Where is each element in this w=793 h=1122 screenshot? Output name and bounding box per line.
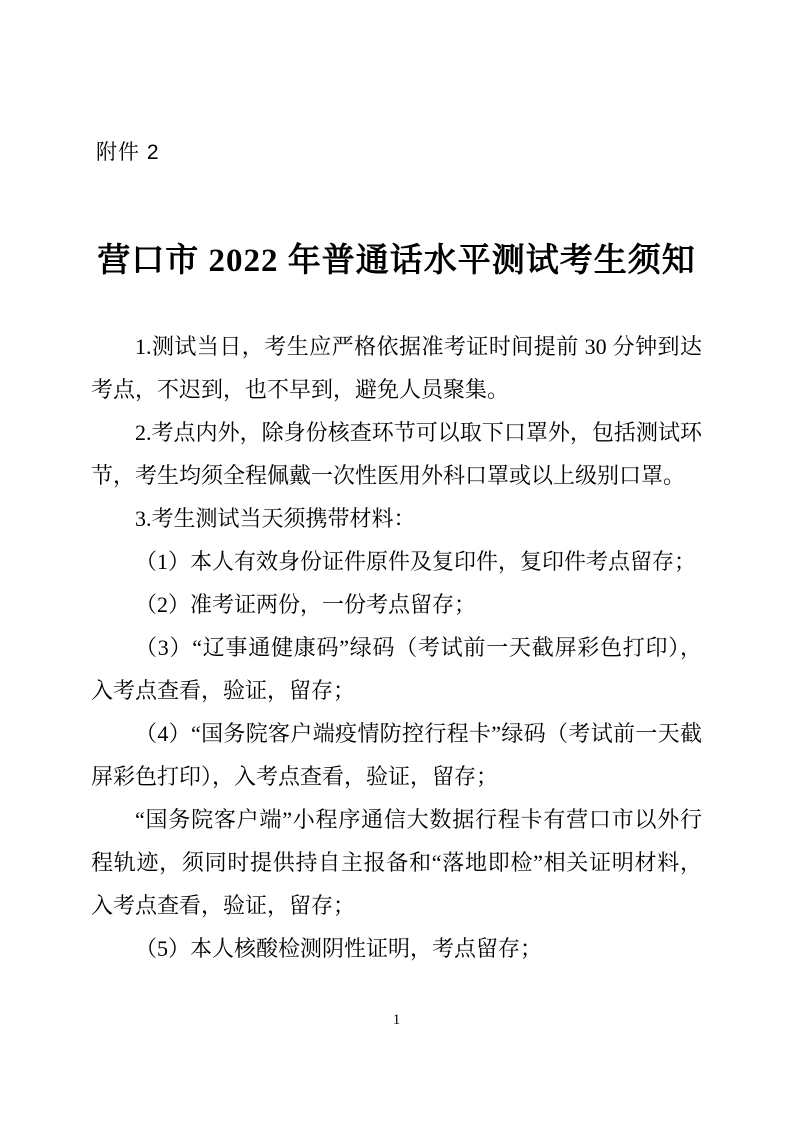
body-paragraph: 1.测试当日，考生应严格依据准考证时间提前 30 分钟到达考点，不迟到，也不早到… [91, 325, 702, 411]
body-paragraph: （1）本人有效身份证件原件及复印件，复印件考点留存； [91, 540, 702, 583]
body-paragraph: 3.考生测试当天须携带材料： [91, 497, 702, 540]
attachment-label: 附件 2 [96, 136, 160, 166]
body-paragraph: （3）“辽事通健康码”绿码（考试前一天截屏彩色打印），入考点查看，验证，留存； [91, 626, 702, 712]
body-paragraph: “国务院客户端”小程序通信大数据行程卡有营口市以外行程轨迹，须同时提供持自主报备… [91, 798, 702, 927]
body-paragraph: （4）“国务院客户端疫情防控行程卡”绿码（考试前一天截屏彩色打印），入考点查看，… [91, 712, 702, 798]
body-paragraph: （2）准考证两份，一份考点留存； [91, 583, 702, 626]
document-body: 1.测试当日，考生应严格依据准考证时间提前 30 分钟到达考点，不迟到，也不早到… [91, 325, 702, 970]
document-title: 营口市 2022 年普通话水平测试考生须知 [0, 234, 793, 281]
body-paragraph: 2.考点内外，除身份核查环节可以取下口罩外，包括测试环节，考生均须全程佩戴一次性… [91, 411, 702, 497]
document-page: 附件 2 营口市 2022 年普通话水平测试考生须知 1.测试当日，考生应严格依… [0, 0, 793, 1122]
body-paragraph: （5）本人核酸检测阴性证明，考点留存； [91, 927, 702, 970]
page-number: 1 [0, 1012, 793, 1029]
